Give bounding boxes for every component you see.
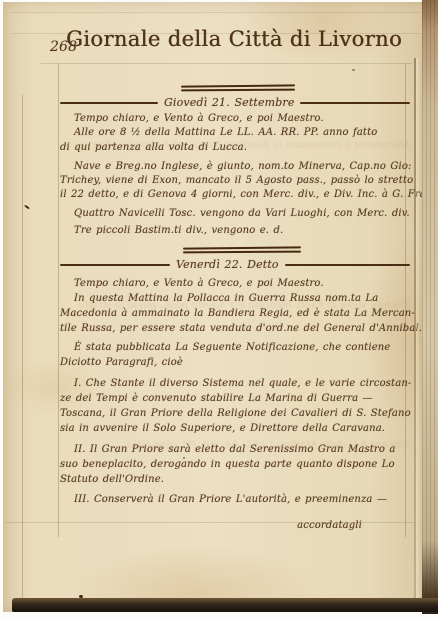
entry-date-heading: Giovedì 21. Settembre: [60, 96, 410, 110]
paper-speck: [79, 595, 83, 598]
manuscript-photo: Macedonia à ammainato la Bandiera Regia,…: [0, 0, 438, 620]
section-divider: [183, 247, 301, 253]
manuscript-line: Toscana, il Gran Priore della Religione …: [60, 406, 412, 421]
journal-entry: Tempo chiaro, e Vento à Greco, e poi Mae…: [60, 276, 412, 507]
heading-rule-right: [300, 102, 410, 104]
margin-ruling: [58, 63, 59, 537]
manuscript-line: Nave e Breg.no Inglese, è giunto, nom.to…: [60, 160, 412, 174]
manuscript-line: Macedonia à ammainato la Bandiera Regia,…: [60, 306, 412, 321]
heading-rule-left: [60, 102, 158, 104]
margin-ruling: [22, 95, 23, 610]
manuscript-line: ze dei Tempi è convenuto stabilire La Ma…: [60, 391, 412, 406]
manuscript-line: suo beneplacito, derogando in questa par…: [60, 457, 412, 472]
manuscript-line: I. Che Stante il diverso Sistema nel qua…: [60, 376, 412, 391]
manuscript-line: È stata pubblicata La Seguente Notificaz…: [60, 340, 412, 355]
margin-ruling: [12, 12, 420, 13]
manuscript-line: Tempo chiaro, e Vento à Greco, e poi Mae…: [60, 276, 412, 291]
manuscript-line: Statuto dell'Ordine.: [60, 472, 412, 487]
manuscript-line: sia in avvenire il Solo Superiore, e Dir…: [60, 421, 412, 436]
page-curl-crease: [414, 58, 416, 603]
heading-rule-left: [60, 264, 170, 266]
manuscript-line: III. Conserverà il Gran Priore L'autorit…: [60, 492, 412, 507]
manuscript-line: tile Russa, per essere stata venduta d'o…: [60, 321, 412, 336]
paper-speck: [352, 69, 355, 71]
manuscript-line: Quattro Navicelli Tosc. vengono da Vari …: [60, 207, 412, 221]
entry-date-label: Venerdì 22. Detto: [170, 258, 285, 271]
journal-entry: Tempo chiaro, e Vento à Greco, e poi Mae…: [60, 112, 412, 238]
manuscript-line: Tempo chiaro, e Vento à Greco, e poi Mae…: [60, 112, 412, 126]
manuscript-line: Trichey, viene di Exon, mancato il 5 Ago…: [60, 174, 412, 188]
paper-speck: [183, 457, 185, 459]
book-fore-edge: [422, 0, 438, 614]
manuscript-line: In questa Mattina la Pollacca in Guerra …: [60, 291, 412, 306]
entry-date-heading: Venerdì 22. Detto: [60, 258, 410, 272]
manuscript-line: Alle ore 8 ½ della Mattina Le LL. AA. RR…: [60, 126, 412, 140]
book-bottom-edge: [12, 598, 438, 612]
page-title: Giornale della Città di Livorno: [58, 27, 410, 51]
margin-ruling: [40, 63, 412, 64]
section-divider: [181, 85, 295, 91]
manuscript-line: Tre piccoli Bastim.ti div., vengono e. d…: [60, 224, 412, 238]
entry-date-label: Giovedì 21. Settembre: [158, 96, 300, 109]
manuscript-line: di qui partenza alla volta di Lucca.: [60, 141, 412, 155]
manuscript-line: Diciotto Paragrafi, cioè: [60, 355, 412, 370]
heading-rule-right: [285, 264, 410, 266]
manuscript-line: il 22 detto, e di Genova 4 giorni, con M…: [60, 188, 412, 202]
manuscript-line: II. Il Gran Priore sarà eletto dal Seren…: [60, 442, 412, 457]
catchword: accordatagli: [297, 520, 362, 531]
